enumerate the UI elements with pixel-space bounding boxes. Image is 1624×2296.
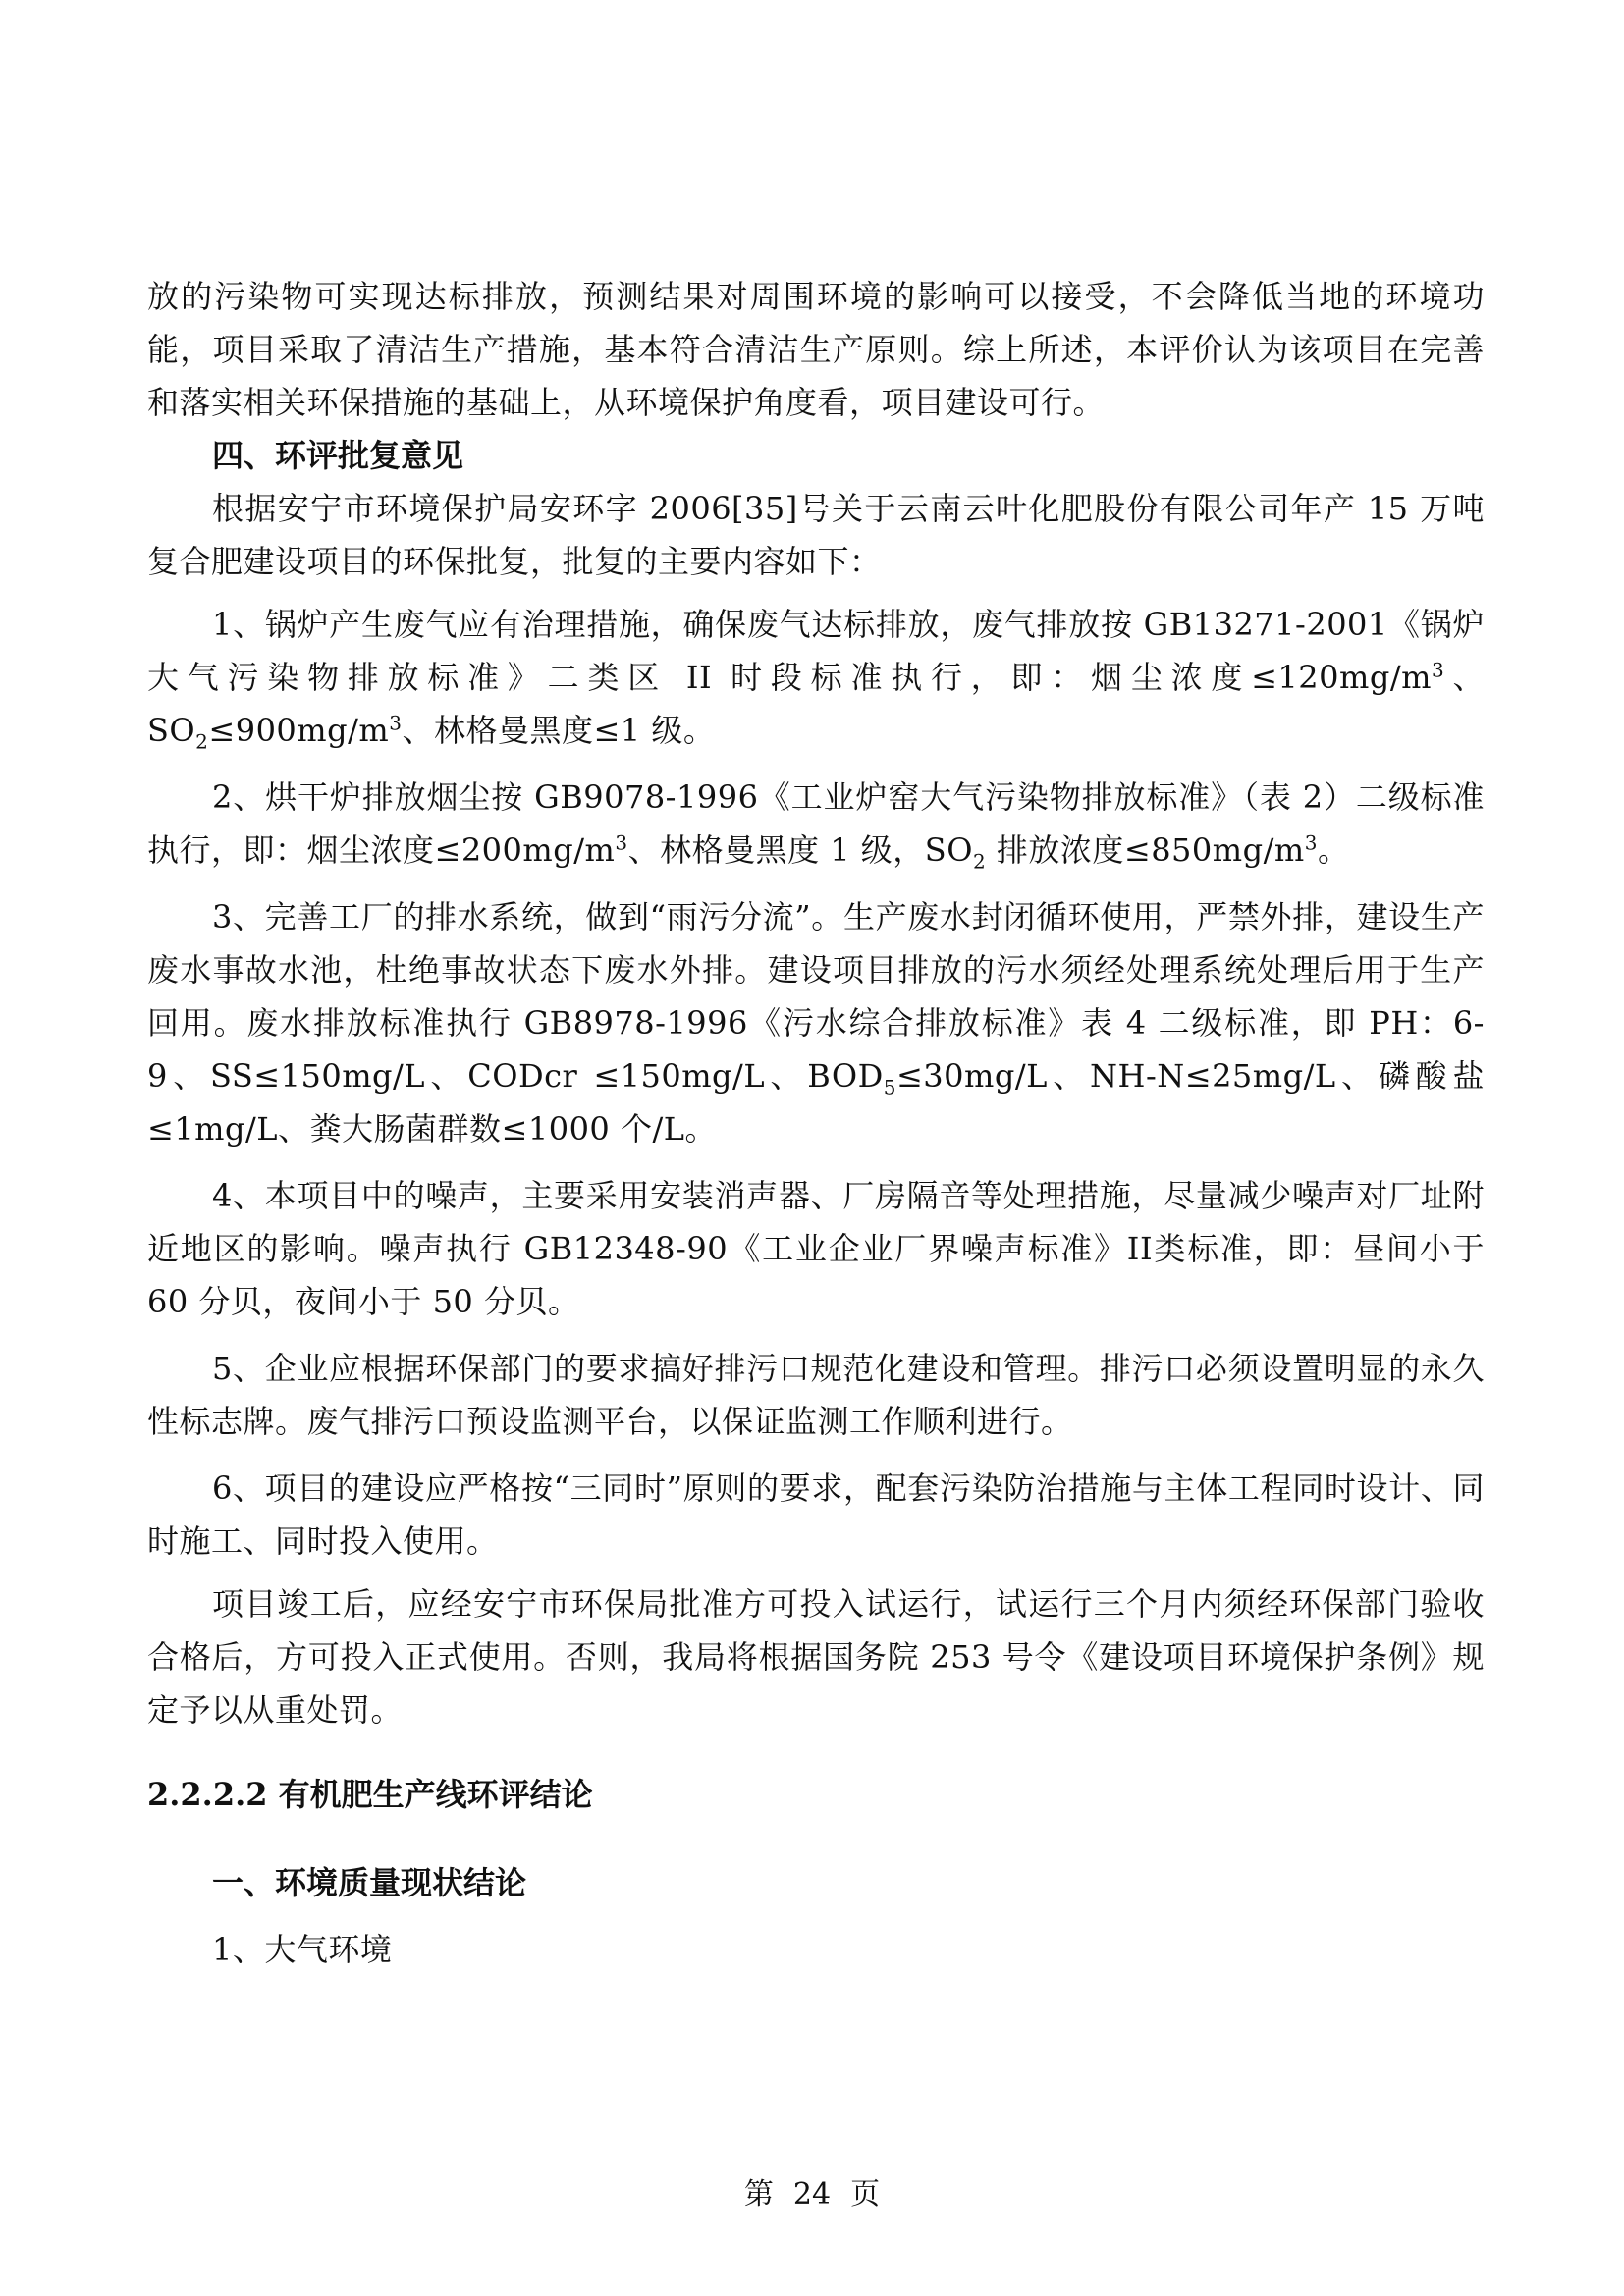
page-footer: 第24页	[0, 2169, 1624, 2213]
intro-paragraph: 放的污染物可实现达标排放，预测结果对周围环境的影响可以接受，不会降低当地的环境功…	[147, 270, 1485, 429]
approval-item-1: 1、锅炉产生废气应有治理措施，确保废气达标排放，废气排放按 GB13271-20…	[147, 598, 1485, 757]
subsection-1-heading: 一、环境质量现状结论	[147, 1856, 1485, 1909]
section-2222-heading: 2.2.2.2 有机肥生产线环评结论	[147, 1768, 1485, 1821]
approval-item-6: 6、项目的建设应严格按“三同时”原则的要求，配套污染防治措施与主体工程同时设计、…	[147, 1462, 1485, 1568]
approval-item-4: 4、本项目中的噪声，主要采用安装消声器、厂房隔音等处理措施，尽量减少噪声对厂址附…	[147, 1169, 1485, 1328]
footer-suffix: 页	[850, 2177, 880, 2212]
approval-item-3: 3、完善工厂的排水系统，做到“雨污分流”。生产废水封闭循环使用，严禁外排，建设生…	[147, 890, 1485, 1155]
document-page: 放的污染物可实现达标排放，预测结果对周围环境的影响可以接受，不会降低当地的环境功…	[147, 270, 1485, 1976]
sub-item-1: 1、大气环境	[147, 1923, 1485, 1976]
page-number: 24	[793, 2177, 831, 2212]
section4-heading: 四、环评批复意见	[147, 429, 1485, 482]
approval-item-5: 5、企业应根据环保部门的要求搞好排污口规范化建设和管理。排污口必须设置明显的永久…	[147, 1342, 1485, 1448]
approval-intro-paragraph: 根据安宁市环境保护局安环字 2006[35]号关于云南云叶化肥股份有限公司年产 …	[147, 482, 1485, 588]
footer-prefix: 第	[744, 2177, 774, 2212]
closing-paragraph: 项目竣工后，应经安宁市环保局批准方可投入试运行，试运行三个月内须经环保部门验收合…	[147, 1577, 1485, 1736]
approval-item-2: 2、烘干炉排放烟尘按 GB9078-1996《工业炉窑大气污染物排放标准》（表 …	[147, 771, 1485, 877]
